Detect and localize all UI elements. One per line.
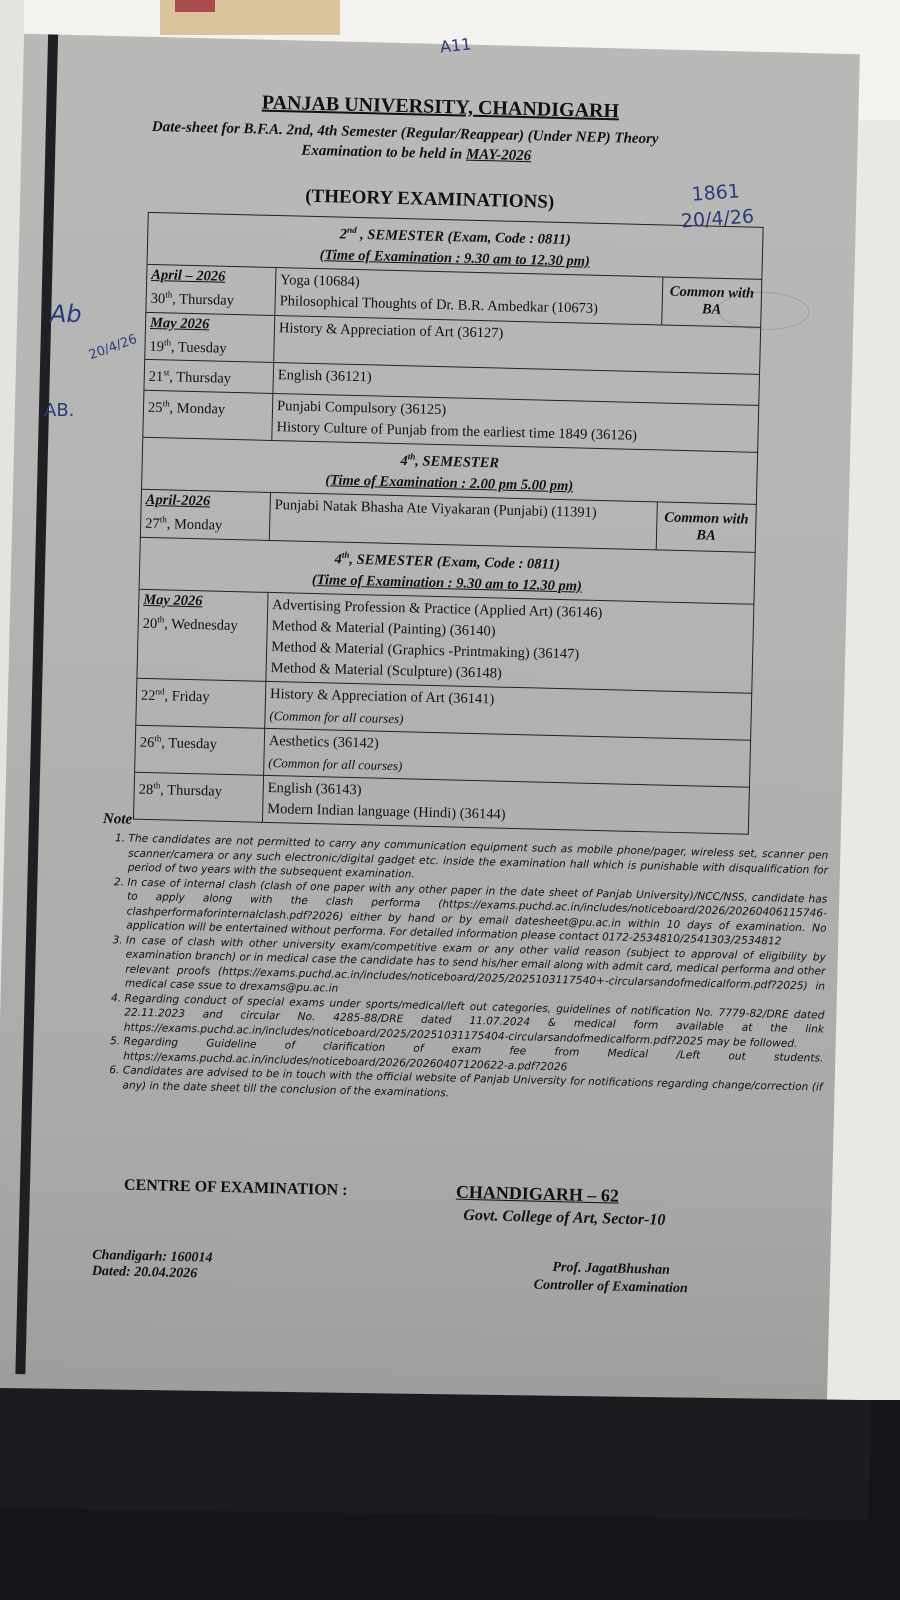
datesheet-table: 2nd , SEMESTER (Exam, Code : 0811)(Time … [133, 212, 764, 835]
notes-list: The candidates are not permitted to carr… [96, 831, 828, 1110]
signatory-title: Controller of Examination [533, 1277, 687, 1299]
exam-date: 27th, Monday [145, 509, 266, 538]
photo-shadow [0, 1388, 870, 1521]
signatory: Prof. JagatBhushan Controller of Examina… [533, 1259, 688, 1299]
remark-cell: Common with BA [656, 502, 756, 552]
date-cell: April – 202630th, Thursday [146, 264, 276, 315]
table-row: May 202620th, WednesdayAdvertising Profe… [137, 589, 754, 693]
handwritten-mark: A11 [439, 34, 472, 56]
date-cell: 21st, Thursday [144, 360, 274, 394]
remark-cell: Common with BA [662, 277, 762, 327]
exam-date: 25th, Monday [148, 393, 269, 422]
exam-period-prefix: Examination to be held in [301, 143, 462, 163]
paper-name: Punjabi Natak Bhasha Ate Viyakaran (Punj… [274, 495, 652, 525]
exam-date: 28th, Thursday [138, 775, 259, 804]
handwritten-initials: Ab [50, 300, 82, 328]
exam-date: 21st, Thursday [149, 362, 270, 391]
papers-cell: Advertising Profession & Practice (Appli… [266, 592, 754, 693]
handwritten-diary-number: 1861 20/4/26 [678, 178, 755, 235]
handwritten-mark-left: AB. [44, 400, 74, 421]
section-title: (THEORY EXAMINATIONS) [305, 186, 605, 215]
date-cell: 26th, Tuesday [135, 725, 265, 775]
centre-city: CHANDIGARH – 62 [456, 1182, 619, 1207]
date-cell: 25th, Monday [143, 391, 273, 441]
place-and-date: Chandigarh: 160014 Dated: 20.04.2026 [92, 1248, 213, 1283]
handwritten-ref-date: 20/4/26 [680, 203, 755, 234]
date-cell: May 202619th, Tuesday [145, 312, 275, 363]
date-cell: May 202620th, Wednesday [137, 589, 268, 681]
exam-date: 20th, Wednesday [142, 609, 263, 638]
background-object [175, 0, 215, 12]
exam-date: 19th, Tuesday [149, 332, 270, 361]
exam-date: 30th, Thursday [150, 284, 271, 313]
date-sheet-document: PANJAB UNIVERSITY, CHANDIGARH Date-sheet… [0, 34, 860, 1454]
centre-college: Govt. College of Art, Sector-10 [463, 1207, 665, 1230]
centre-label: CENTRE OF EXAMINATION : [124, 1177, 348, 1200]
exam-date: 22nd, Friday [141, 681, 262, 710]
date-cell: April-202627th, Monday [140, 489, 270, 540]
exam-period-month: MAY-2026 [466, 147, 532, 165]
notes-title: Note [103, 811, 133, 829]
date-cell: 22nd, Friday [136, 678, 266, 728]
dated: Dated: 20.04.2026 [92, 1264, 213, 1283]
page-fold-shadow [15, 34, 58, 1374]
exam-date: 26th, Tuesday [140, 728, 261, 757]
university-title: PANJAB UNIVERSITY, CHANDIGARH [22, 86, 858, 129]
date-cell: 28th, Thursday [133, 772, 263, 822]
